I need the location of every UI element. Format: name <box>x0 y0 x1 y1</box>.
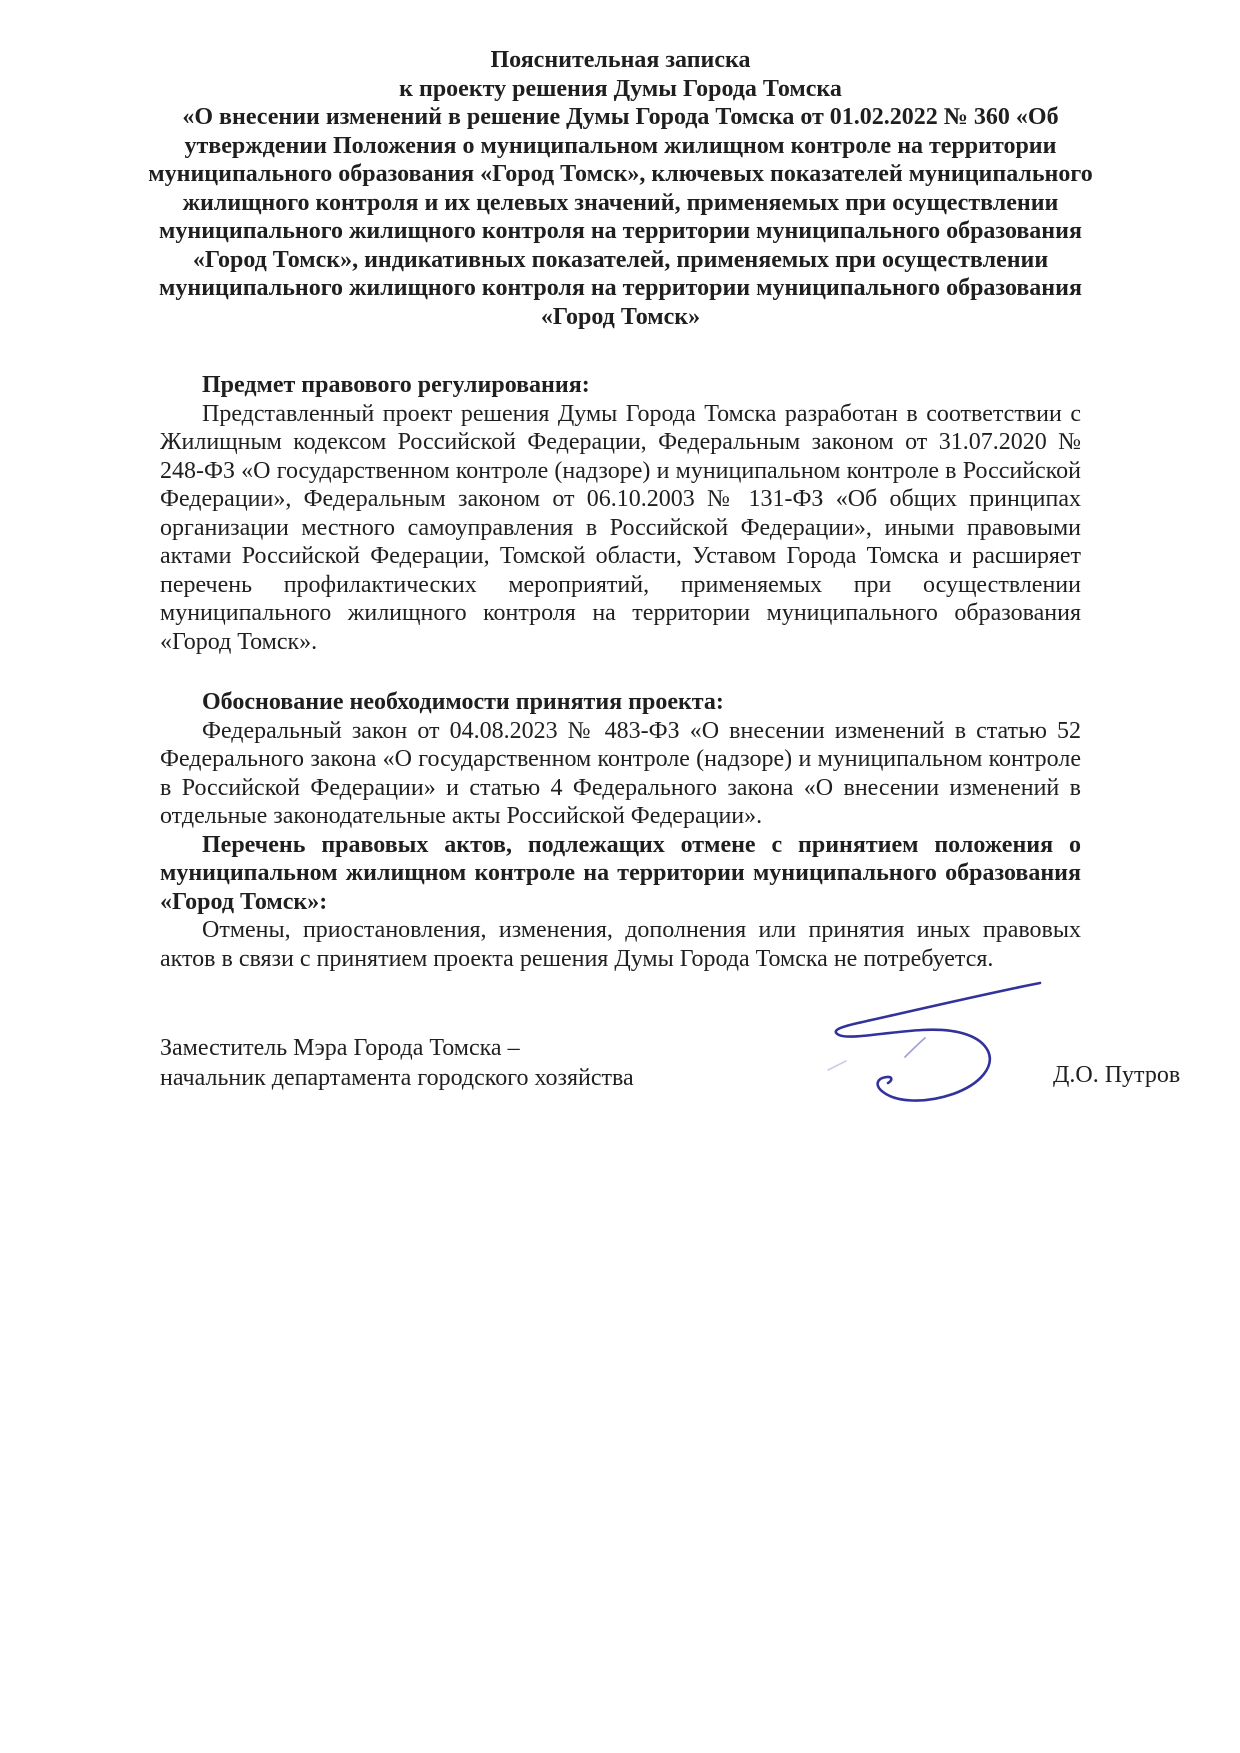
title-line: Пояснительная записка <box>132 46 1109 75</box>
signer-position-line-2: начальник департамента городского хозяйс… <box>160 1063 634 1093</box>
document-content: Пояснительная записка к проекту решения … <box>160 46 1081 973</box>
paragraph-subject: Представленный проект решения Думы Город… <box>160 400 1081 657</box>
title-line: муниципального образования «Город Томск»… <box>132 160 1109 189</box>
title-line: «О внесении изменений в решение Думы Гор… <box>132 103 1109 132</box>
title-line: жилищного контроля и их целевых значений… <box>132 189 1109 218</box>
paragraph-justification: Федеральный закон от 04.08.2023 № 483-ФЗ… <box>160 717 1081 831</box>
handwritten-signature <box>818 960 1078 1110</box>
scanned-document-page: Пояснительная записка к проекту решения … <box>0 0 1240 1753</box>
title-line: «Город Томск» <box>132 303 1109 332</box>
document-title-block: Пояснительная записка к проекту решения … <box>132 46 1109 331</box>
title-line: муниципального жилищного контроля на тер… <box>132 217 1109 246</box>
signer-position: Заместитель Мэра Города Томска – начальн… <box>160 1033 634 1093</box>
title-line: «Город Томск», индикативных показателей,… <box>132 246 1109 275</box>
title-line: к проекту решения Думы Города Томска <box>132 75 1109 104</box>
section-heading-subject: Предмет правового регулирования: <box>160 371 1081 400</box>
paragraph-repeal-list-heading: Перечень правовых актов, подлежащих отме… <box>160 831 1081 917</box>
title-line: утверждении Положения о муниципальном жи… <box>132 132 1109 161</box>
section-heading-justification: Обоснование необходимости принятия проек… <box>160 688 1081 717</box>
signer-name: Д.О. Путров <box>1053 1060 1180 1090</box>
title-line: муниципального жилищного контроля на тер… <box>132 274 1109 303</box>
signer-position-line-1: Заместитель Мэра Города Томска – <box>160 1033 634 1063</box>
